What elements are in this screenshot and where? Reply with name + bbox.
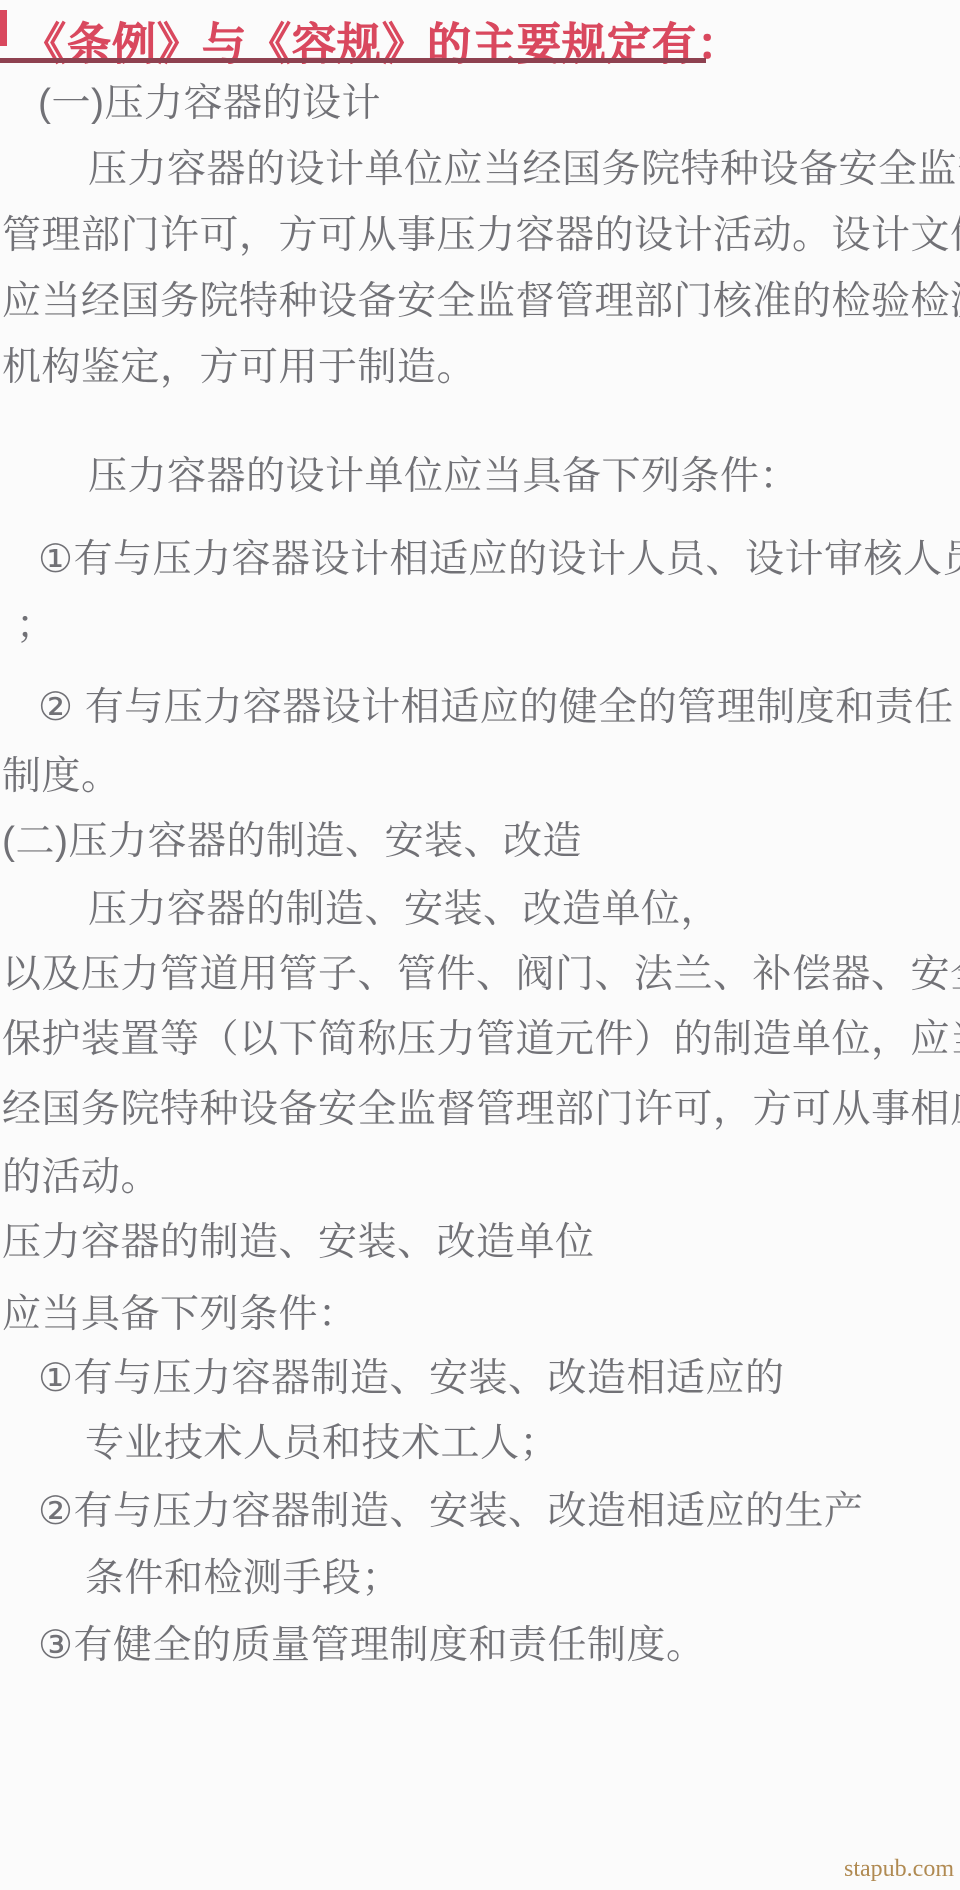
design-para-line-2: 管理部门许可，方可从事压力容器的设计活动。设计文件 — [2, 214, 960, 259]
design-item-1-line-1: ①有与压力容器设计相适应的设计人员、设计审核人员 — [38, 538, 960, 583]
section-2-heading: (二)压力容器的制造、安装、改造 — [2, 820, 582, 865]
mfg-para-line-3: 保护装置等（以下简称压力管道元件）的制造单位，应当 — [2, 1018, 960, 1063]
mfg-item-1-line-1: ①有与压力容器制造、安装、改造相适应的 — [38, 1357, 784, 1402]
design-para-line-3: 应当经国务院特种设备安全监督管理部门核准的检验检测 — [2, 280, 960, 325]
design-item-2-line-2: 制度。 — [2, 755, 121, 800]
mfg-item-3-line: ③有健全的质量管理制度和责任制度。 — [38, 1624, 705, 1669]
design-para-line-4: 机构鉴定，方可用于制造。 — [2, 346, 476, 391]
design-item-2-line-1: ② 有与压力容器设计相适应的健全的管理制度和责任 — [38, 686, 954, 731]
article-page: 《条例》与《容规》的主要规定有： (一)压力容器的设计 压力容器的设计单位应当经… — [0, 0, 960, 1890]
watermark: stapub.com — [844, 1856, 954, 1883]
design-conditions-lead: 压力容器的设计单位应当具备下列条件： — [88, 455, 799, 500]
mfg-item-1-line-2: 专业技术人员和技术工人； — [85, 1422, 559, 1467]
section-1-heading: (一)压力容器的设计 — [38, 82, 381, 127]
mfg-item-2-line-2: 条件和检测手段； — [85, 1557, 401, 1602]
title-left-accent-mark — [0, 10, 7, 46]
mfg-unit-line: 压力容器的制造、安装、改造单位 — [2, 1221, 595, 1266]
mfg-item-2-line-1: ②有与压力容器制造、安装、改造相适应的生产 — [38, 1490, 863, 1535]
mfg-conditions-lead: 应当具备下列条件： — [2, 1293, 358, 1338]
mfg-para-line-2: 以及压力管道用管子、管件、阀门、法兰、补偿器、安全 — [2, 953, 960, 998]
mfg-para-line-1: 压力容器的制造、安装、改造单位， — [88, 888, 720, 933]
mfg-para-line-5: 的活动。 — [2, 1156, 160, 1201]
design-item-1-line-2: ； — [16, 604, 56, 649]
design-para-line-1: 压力容器的设计单位应当经国务院特种设备安全监督 — [88, 148, 960, 193]
title-underline — [0, 58, 706, 63]
mfg-para-line-4: 经国务院特种设备安全监督管理部门许可，方可从事相应 — [2, 1088, 960, 1133]
